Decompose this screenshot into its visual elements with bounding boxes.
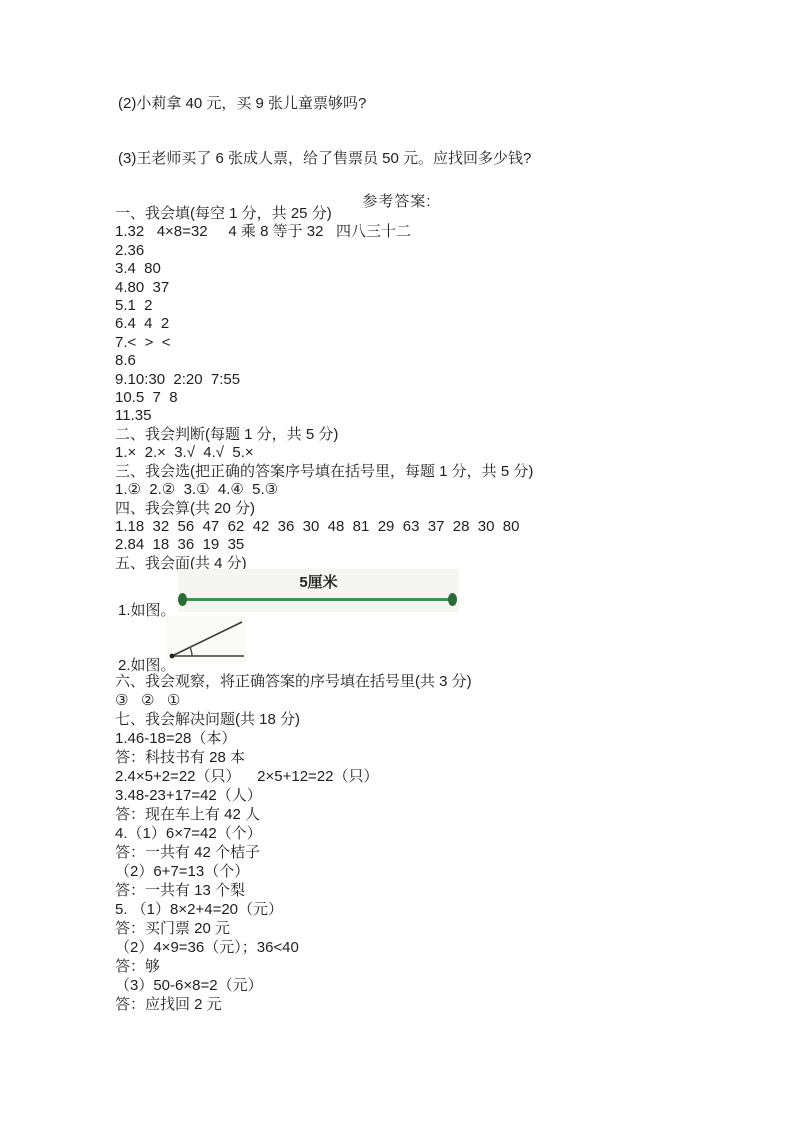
answer-lines-section2: 六、我会观察，将正确答案的序号填在括号里(共 3 分)③ ② ①七、我会解决问题…	[115, 672, 472, 1014]
answer-line: 答：现在车上有 42 人	[115, 805, 472, 824]
answer-line: 11.35	[115, 407, 533, 425]
answer-line: 一、我会填(每空 1 分，共 25 分)	[115, 205, 533, 223]
answer-line: 答：买门票 20 元	[115, 919, 472, 938]
answer-line: 4.（1）6×7=42（个）	[115, 824, 472, 843]
answer-line: 答：应找回 2 元	[115, 995, 472, 1014]
answer-line: 答：够	[115, 957, 472, 976]
segment-line	[181, 598, 454, 601]
answer-line: 答：科技书有 28 本	[115, 748, 472, 767]
answer-line: 9.10:30 2:20 7:55	[115, 371, 533, 389]
answer-line: 5. （1）8×2+4=20（元）	[115, 900, 472, 919]
answer-line: 三、我会选(把正确的答案序号填在括号里，每题 1 分，共 5 分)	[115, 463, 533, 481]
answer-line: 2.36	[115, 242, 533, 260]
answer-line: 5.1 2	[115, 297, 533, 315]
segment-figure: 5厘米	[178, 569, 459, 612]
answer-line: 3.4 80	[115, 260, 533, 278]
answer-line: 6.4 4 2	[115, 315, 533, 333]
document-page: (2)小莉拿 40 元，买 9 张儿童票够吗? (3)王老师买了 6 张成人票，…	[0, 0, 794, 1123]
answer-line: 六、我会观察，将正确答案的序号填在括号里(共 3 分)	[115, 672, 472, 691]
segment-length-label: 5厘米	[178, 571, 459, 592]
question-3: (3)王老师买了 6 张成人票，给了售票员 50 元。应找回多少钱?	[118, 150, 531, 168]
angle-figure	[166, 616, 246, 663]
answer-line: 8.6	[115, 352, 533, 370]
answer-line: 1.46-18=28（本）	[115, 729, 472, 748]
question-block: (2)小莉拿 40 元，买 9 张儿童票够吗? (3)王老师买了 6 张成人票，…	[118, 95, 531, 168]
answer-lines-section1: 一、我会填(每空 1 分，共 25 分)1.32 4×8=32 4 乘 8 等于…	[115, 205, 533, 573]
angle-drawing	[166, 616, 246, 663]
answer-line: 4.80 37	[115, 279, 533, 297]
answer-line: 答：一共有 13 个梨	[115, 881, 472, 900]
answer-line: 2.84 18 36 19 35	[115, 536, 533, 554]
answer-line: 1.18 32 56 47 62 42 36 30 48 81 29 63 37…	[115, 518, 533, 536]
answer-line: 二、我会判断(每题 1 分，共 5 分)	[115, 426, 533, 444]
answer-line: （3）50-6×8=2（元）	[115, 976, 472, 995]
answer-line: 7.< > <	[115, 334, 533, 352]
question-2: (2)小莉拿 40 元，买 9 张儿童票够吗?	[118, 95, 531, 113]
answer-line: 四、我会算(共 20 分)	[115, 500, 533, 518]
answer-line: 答：一共有 42 个桔子	[115, 843, 472, 862]
segment-endpoint-left	[178, 593, 187, 606]
answer-line: 3.48-23+17=42（人）	[115, 786, 472, 805]
answer-line: 1.32 4×8=32 4 乘 8 等于 32 四八三十二	[115, 223, 533, 241]
answer-line: 1.② 2.② 3.① 4.④ 5.③	[115, 481, 533, 499]
answer-line: 2.4×5+2=22（只） 2×5+12=22（只）	[115, 767, 472, 786]
answer-line: 1.× 2.× 3.√ 4.√ 5.×	[115, 444, 533, 462]
answer-line: （2）6+7=13（个）	[115, 862, 472, 881]
answer-line: ③ ② ①	[115, 691, 472, 710]
answer-line: 10.5 7 8	[115, 389, 533, 407]
answer-line: （2）4×9=36（元）；36<40	[115, 938, 472, 957]
segment-endpoint-right	[448, 593, 457, 606]
answer-line: 七、我会解决问题(共 18 分)	[115, 710, 472, 729]
